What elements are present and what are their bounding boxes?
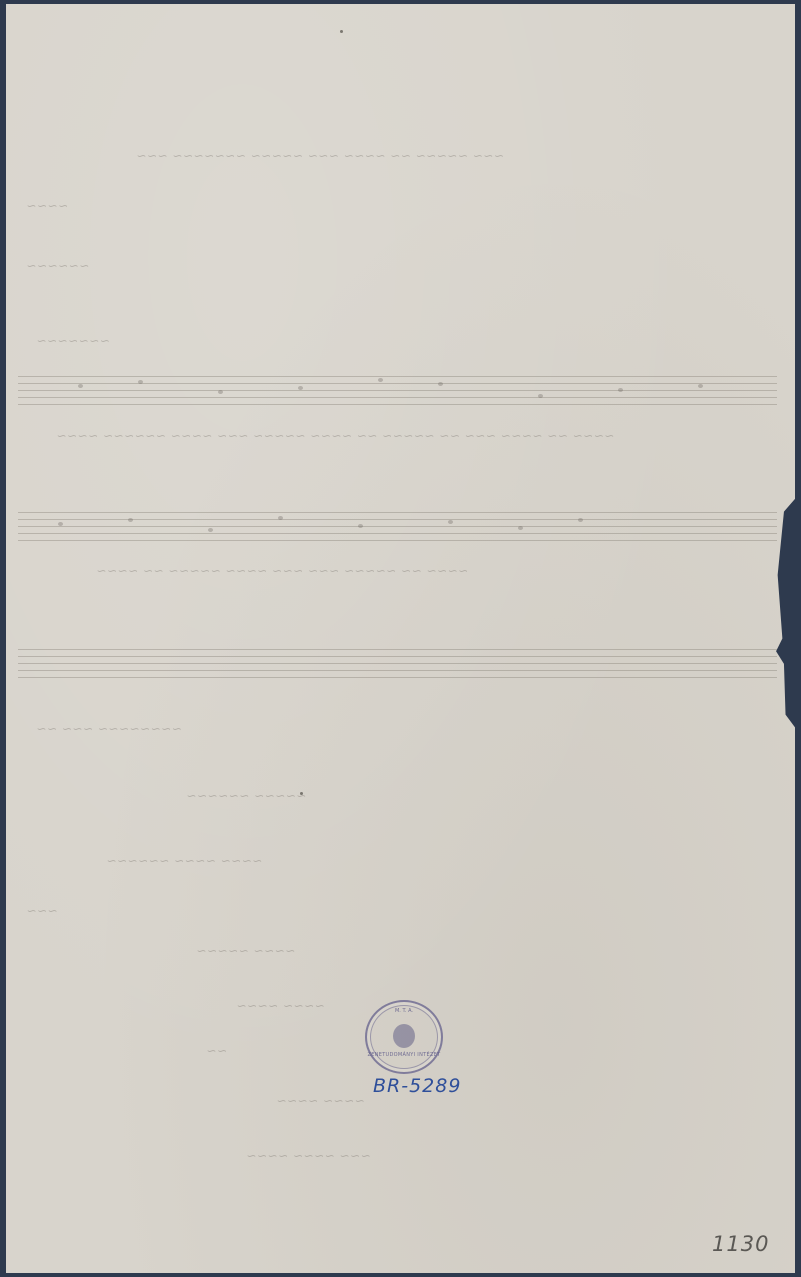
bleed-text-line: ~~~~ ~~~~ xyxy=(236,999,325,1013)
bleed-text-line: ~~~~ xyxy=(26,199,68,213)
stamp-ring-text: ZENETUDOMÁNYI INTÉZET xyxy=(367,1052,441,1058)
music-staff xyxy=(18,649,777,679)
bleed-text-line: ~~~~~~~ xyxy=(36,334,110,348)
music-staff xyxy=(18,512,777,542)
stamp-top-text: M. T. A. xyxy=(367,1008,441,1014)
bleed-text-line: ~~~~ ~~~~~ xyxy=(196,944,295,958)
bleed-text-line: ~~~ ~~~~ ~~~~ xyxy=(246,1149,371,1163)
bleed-text-line: ~~~~ ~~~~ ~~~~~~ xyxy=(106,854,262,868)
bleed-text-line: ~~~ xyxy=(26,904,58,918)
ink-spot xyxy=(300,792,303,795)
music-staff xyxy=(18,376,777,406)
library-stamp: M. T. A. ZENETUDOMÁNYI INTÉZET xyxy=(365,1000,443,1074)
ink-spot xyxy=(340,30,343,33)
catalog-number: BR-5289 xyxy=(373,1075,461,1097)
bleed-text-line: ~~~~~~~~ ~~~ ~~ xyxy=(36,722,182,736)
bleed-text-line: ~~~~ ~~ ~~~~~ ~~~ ~~~ ~~~~ ~~~~~ ~~ ~~~~ xyxy=(96,564,468,578)
bleed-text-line: ~~~~ ~~ ~~~~ ~~~ ~~ ~~~~~ ~~ ~~~~ ~~~~~ … xyxy=(56,429,614,443)
bleed-text-line: ~~ xyxy=(206,1044,227,1058)
bleed-text-line: ~~~ ~~~~~ ~~ ~~~~ ~~~ ~~~~~ ~~~~~~~ ~~~ xyxy=(136,149,504,163)
bleed-text-line: ~~~~~~ xyxy=(26,259,89,273)
bleed-text-line: ~~~~ ~~~~ xyxy=(276,1094,365,1108)
folio-number: 1130 xyxy=(712,1232,769,1256)
bleed-text-line: ~~~~~ ~~~~~~ xyxy=(186,789,306,803)
coat-of-arms-icon xyxy=(393,1024,415,1048)
